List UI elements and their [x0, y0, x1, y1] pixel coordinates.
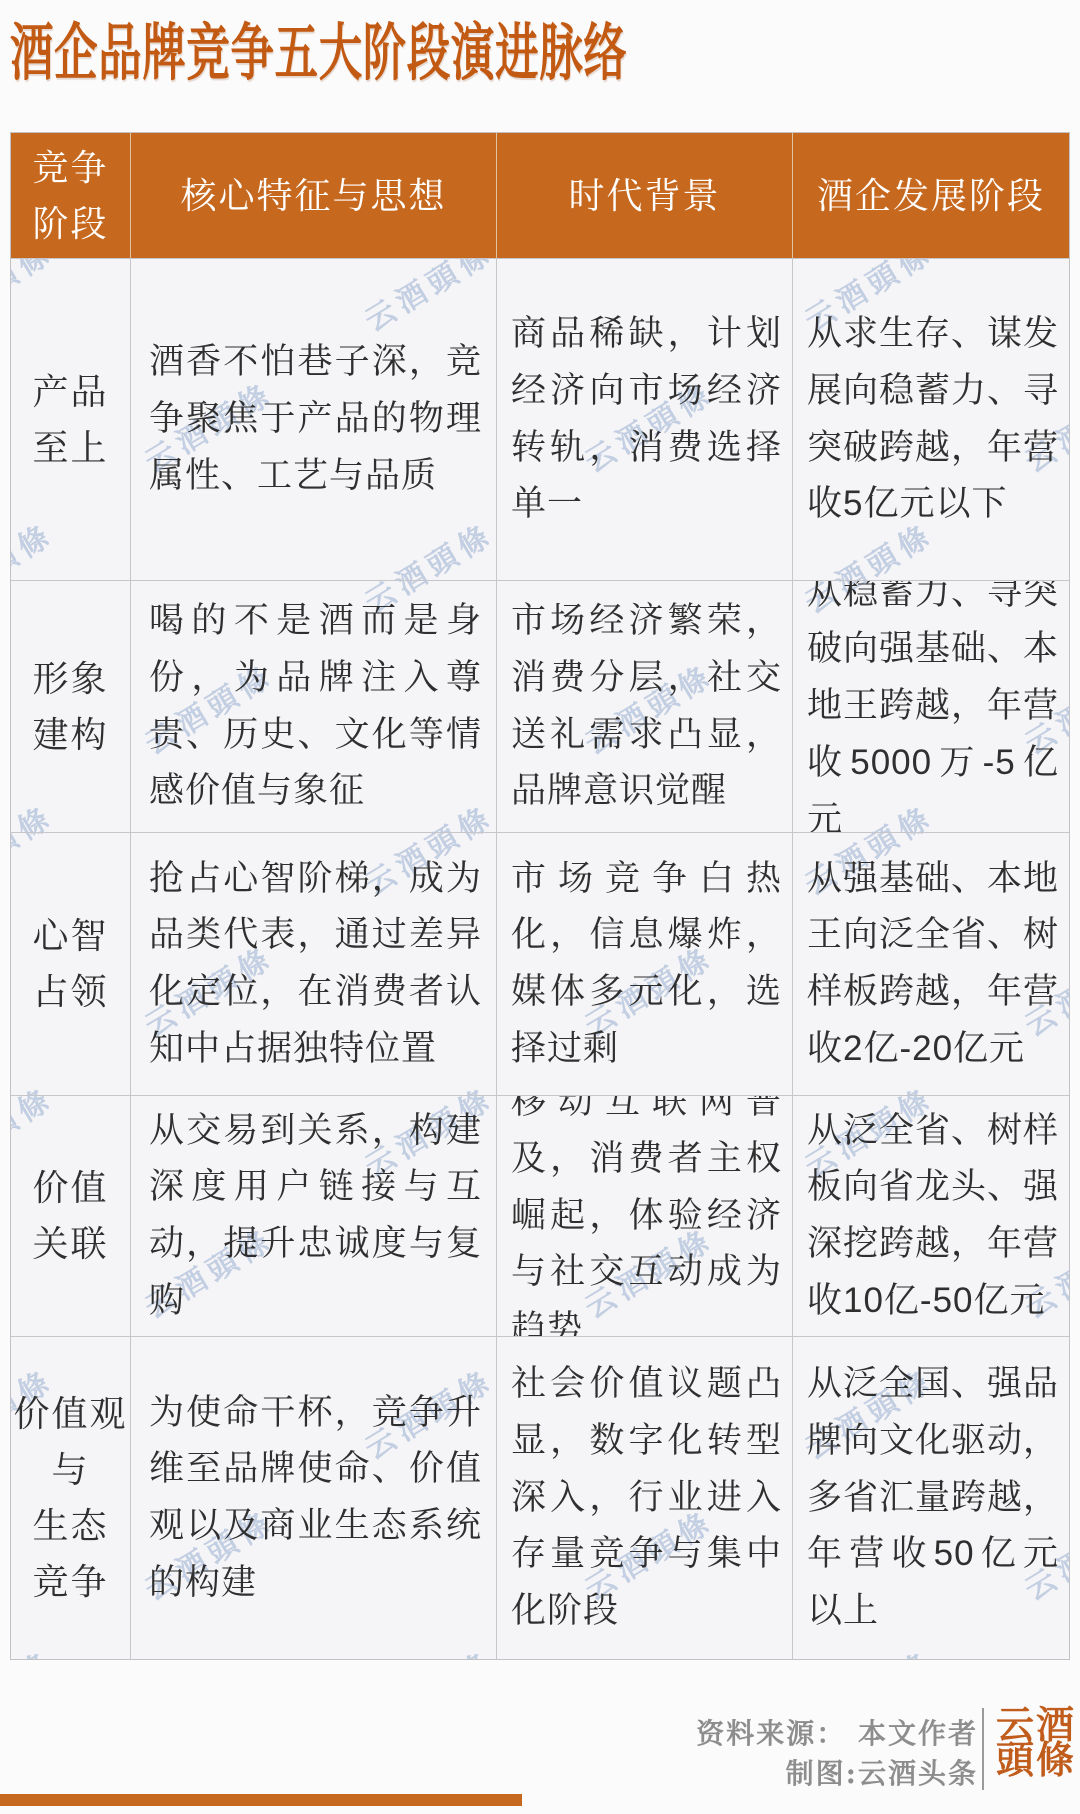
era-cell: 市场经济繁荣，消费分层，社交送礼需求凸显，品牌意识觉醒 — [497, 581, 793, 833]
header-label: 酒企发展阶段 — [817, 168, 1045, 224]
chart-credit: 制图:云酒头条 — [786, 1752, 978, 1792]
dev-cell: 从泛全省、树样板向省龙头、强深挖跨越，年营收10亿-50亿元 — [793, 1096, 1069, 1337]
footer-divider — [982, 1708, 984, 1790]
yunjiu-toutiao-logo: 云酒 頭條 — [996, 1708, 1076, 1778]
table-grid: 竞争 阶段 核心特征与思想 时代背景 酒企发展阶段 产品 至上 — [11, 133, 1069, 1659]
era-text: 社会价值议题凸显，数字化转型深入，行业进入存量竞争与集中化阶段 — [511, 1356, 782, 1639]
stage-cell: 价值观 与 生态 竞争 — [11, 1337, 131, 1659]
stage-line: 竞争 — [32, 1554, 108, 1610]
stages-table: 云酒頭條云酒頭條云酒頭條云酒頭條云酒頭條云酒頭條云酒頭條云酒頭條云酒頭條云酒頭條… — [10, 132, 1070, 1660]
core-cell: 从交易到关系，构建深度用户链接与互动，提升忠诚度与复购 — [131, 1096, 497, 1337]
stage-line: 关联 — [32, 1216, 108, 1272]
core-text: 为使命干杯，竞争升维至品牌使命、价值观以及商业生态系统的构建 — [149, 1385, 482, 1612]
header-cell-stage: 竞争 阶段 — [11, 133, 131, 259]
dev-cell: 从强基础、本地王向泛全省、树样板跨越，年营收2亿-20亿元 — [793, 833, 1069, 1096]
core-cell: 抢占心智阶梯，成为品类代表，通过差异化定位，在消费者认知中占据独特位置 — [131, 833, 497, 1096]
era-text: 移动互联网普及，消费者主权崛起，体验经济与社交互动成为趋势 — [511, 1096, 782, 1337]
core-text: 抢占心智阶梯，成为品类代表，通过差异化定位，在消费者认知中占据独特位置 — [149, 851, 482, 1078]
stage-cell: 心智 占领 — [11, 833, 131, 1096]
stage-line: 占领 — [32, 964, 108, 1020]
header-stage-line: 竞争 — [32, 140, 108, 196]
infographic-page: 酒企品牌竞争五大阶段演进脉络 云酒頭條云酒頭條云酒頭條云酒頭條云酒頭條云酒頭條云… — [0, 0, 1080, 1814]
header-cell-era: 时代背景 — [497, 133, 793, 259]
core-text: 酒香不怕巷子深，竞争聚焦于产品的物理属性、工艺与品质 — [149, 334, 482, 504]
source-credit: 资料来源： 本文作者 — [696, 1712, 978, 1752]
dev-cell: 从稳蓄力、寻突破向强基础、本地王跨越，年营收5000万-5亿元 — [793, 581, 1069, 833]
bottom-accent-bar — [0, 1794, 522, 1806]
era-cell: 商品稀缺，计划经济向市场经济转轨，消费选择单一 — [497, 259, 793, 581]
era-text: 商品稀缺，计划经济向市场经济转轨，消费选择单一 — [511, 306, 782, 533]
era-text: 市场竞争白热化，信息爆炸，媒体多元化，选择过剩 — [511, 851, 782, 1078]
header-label: 核心特征与思想 — [180, 168, 446, 224]
stage-cell: 产品 至上 — [11, 259, 131, 581]
era-cell: 社会价值议题凸显，数字化转型深入，行业进入存量竞争与集中化阶段 — [497, 1337, 793, 1659]
header-cell-core: 核心特征与思想 — [131, 133, 497, 259]
stage-line: 价值观 — [13, 1386, 127, 1442]
stage-cell: 价值 关联 — [11, 1096, 131, 1337]
dev-text: 从稳蓄力、寻突破向强基础、本地王跨越，年营收5000万-5亿元 — [807, 581, 1059, 833]
core-text: 喝的不是酒而是身份，为品牌注入尊贵、历史、文化等情感价值与象征 — [149, 593, 482, 820]
page-title: 酒企品牌竞争五大阶段演进脉络 — [10, 20, 627, 85]
era-text: 市场经济繁荣，消费分层，社交送礼需求凸显，品牌意识觉醒 — [511, 593, 782, 820]
header-cell-dev: 酒企发展阶段 — [793, 133, 1069, 259]
header-label: 时代背景 — [568, 168, 720, 224]
stage-line: 至上 — [32, 420, 108, 476]
logo-line: 頭條 — [996, 1743, 1076, 1778]
stage-line: 与 — [51, 1442, 89, 1498]
stage-line: 价值 — [32, 1160, 108, 1216]
stage-line: 生态 — [32, 1498, 108, 1554]
stage-cell: 形象 建构 — [11, 581, 131, 833]
dev-text: 从泛全省、树样板向省龙头、强深挖跨越，年营收10亿-50亿元 — [807, 1103, 1059, 1330]
header-stage-line: 阶段 — [32, 196, 108, 252]
era-cell: 市场竞争白热化，信息爆炸，媒体多元化，选择过剩 — [497, 833, 793, 1096]
stage-line: 建构 — [32, 707, 108, 763]
dev-text: 从求生存、谋发展向稳蓄力、寻突破跨越，年营收5亿元以下 — [807, 306, 1059, 533]
dev-text: 从强基础、本地王向泛全省、树样板跨越，年营收2亿-20亿元 — [807, 851, 1059, 1078]
dev-cell: 从求生存、谋发展向稳蓄力、寻突破跨越，年营收5亿元以下 — [793, 259, 1069, 581]
core-cell: 为使命干杯，竞争升维至品牌使命、价值观以及商业生态系统的构建 — [131, 1337, 497, 1659]
stage-line: 形象 — [32, 651, 108, 707]
era-cell: 移动互联网普及，消费者主权崛起，体验经济与社交互动成为趋势 — [497, 1096, 793, 1337]
stage-line: 心智 — [32, 908, 108, 964]
dev-text: 从泛全国、强品牌向文化驱动，多省汇量跨越，年营收50亿元以上 — [807, 1356, 1059, 1639]
stage-line: 产品 — [32, 364, 108, 420]
dev-cell: 从泛全国、强品牌向文化驱动，多省汇量跨越，年营收50亿元以上 — [793, 1337, 1069, 1659]
core-cell: 酒香不怕巷子深，竞争聚焦于产品的物理属性、工艺与品质 — [131, 259, 497, 581]
core-cell: 喝的不是酒而是身份，为品牌注入尊贵、历史、文化等情感价值与象征 — [131, 581, 497, 833]
core-text: 从交易到关系，构建深度用户链接与互动，提升忠诚度与复购 — [149, 1103, 482, 1330]
